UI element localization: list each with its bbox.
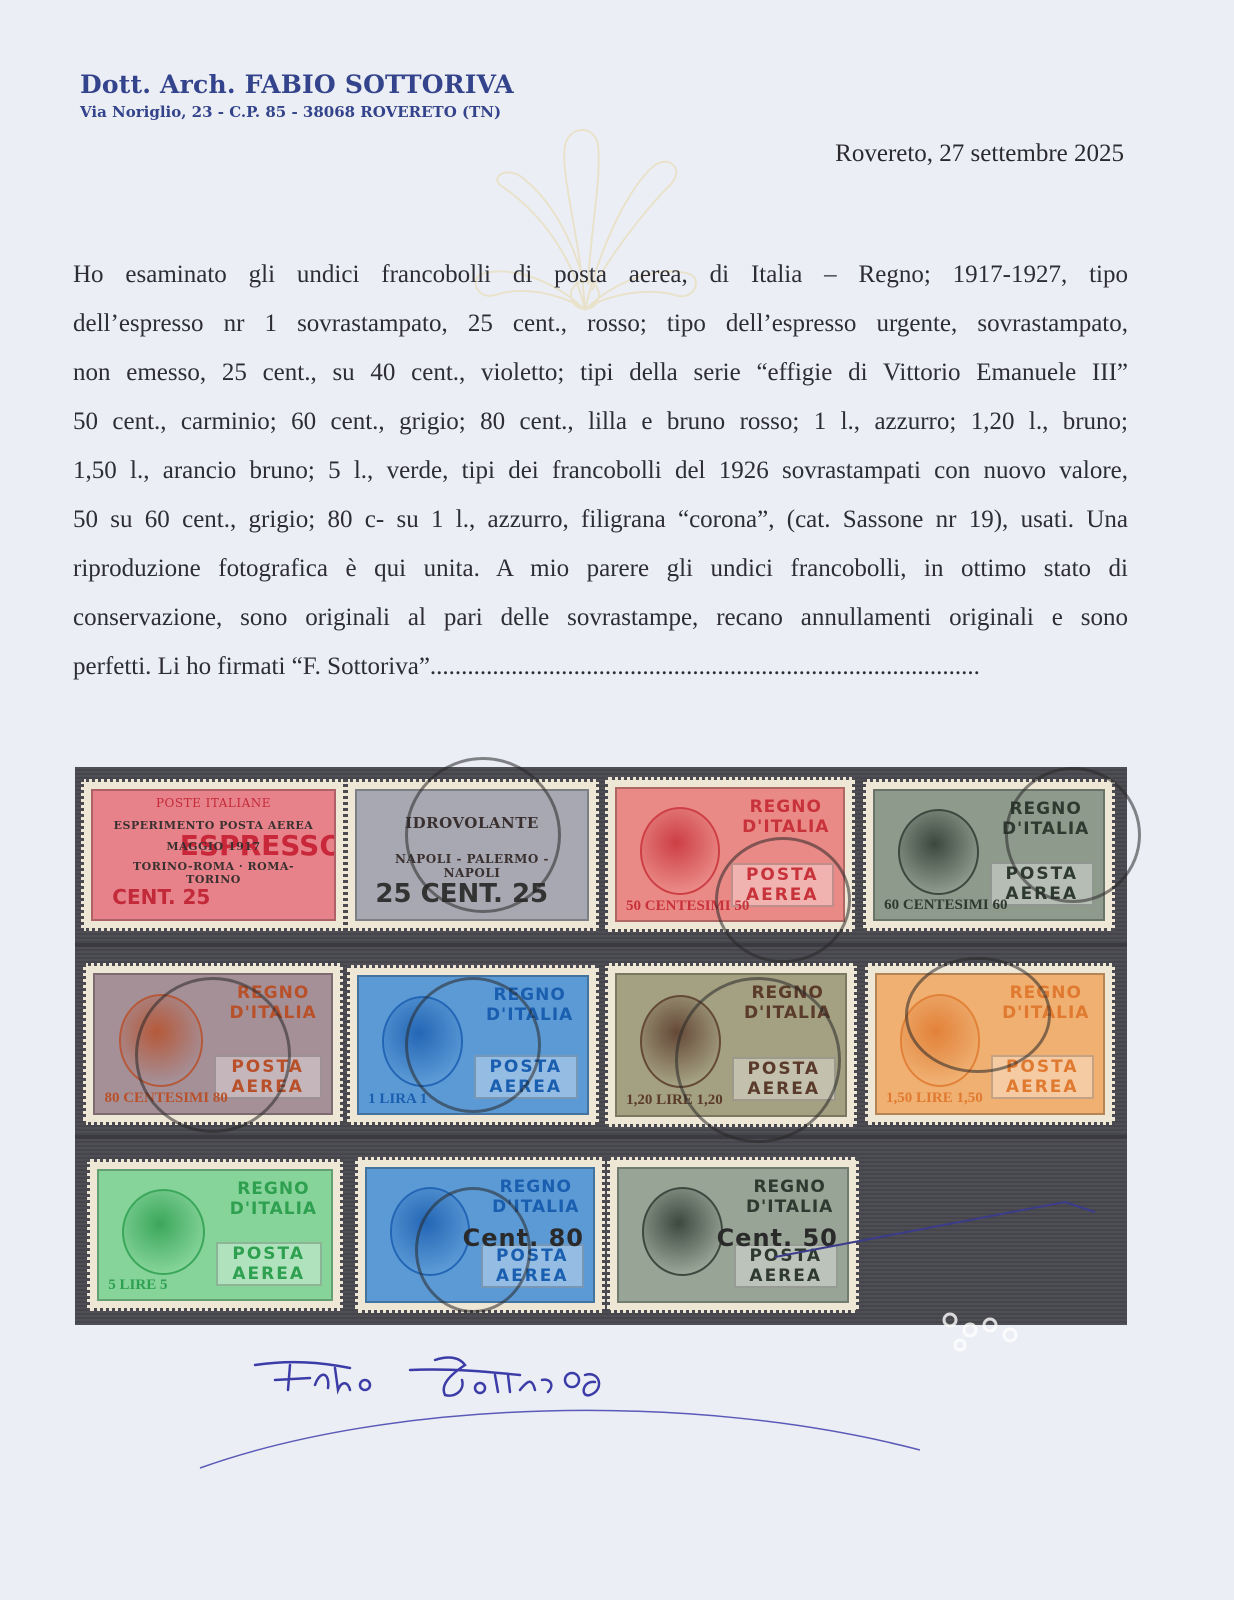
stamp-header: REGNOD'ITALIA xyxy=(1002,983,1089,1023)
embossed-seal-icon xyxy=(920,1300,1040,1360)
stamp-value: 1 LIRA 1 xyxy=(368,1091,427,1108)
stamp-header: REGNOD'ITALIA xyxy=(486,985,573,1025)
body-line: Ho esaminato gli undici francobolli di p… xyxy=(73,250,1128,299)
stamp-header: REGNOD'ITALIA xyxy=(492,1177,579,1217)
stamp-header: REGNOD'ITALIA xyxy=(1002,799,1089,839)
stamp-header: REGNOD'ITALIA xyxy=(744,983,831,1023)
stamp-overprint: MAGGIO 1917 xyxy=(107,840,319,853)
stamp-posta-aerea-80c-su-1l: REGNOD'ITALIAPOSTAAEREACent. 80 xyxy=(355,1157,605,1313)
stamp-overprint: TORINO-ROMA · ROMA-TORINO xyxy=(107,860,319,886)
stamp-face: REGNOD'ITALIAPOSTAAEREA1,50 LIRE 1,50 xyxy=(875,973,1105,1115)
stamp-value: 1,50 LIRE 1,50 xyxy=(886,1090,983,1107)
stamp-value: 1,20 LIRE 1,20 xyxy=(626,1092,723,1109)
stamp-value: 25 CENT. 25 xyxy=(375,879,548,909)
stamp-label: POSTAAEREA xyxy=(474,1055,578,1099)
stamp-espresso-25: POSTE ITALIANEESPRESSOESPERIMENTO POSTA … xyxy=(81,779,346,931)
stamp-face: REGNOD'ITALIAPOSTAAEREACent. 80 xyxy=(365,1167,595,1303)
stamp-value: 80 CENTESIMI 80 xyxy=(104,1090,227,1107)
body-line: riproduzione fotografica è qui unita. A … xyxy=(73,544,1128,593)
portrait-icon xyxy=(382,996,464,1087)
stamp-header: REGNOD'ITALIA xyxy=(742,797,829,837)
date-line: Rovereto, 27 settembre 2025 xyxy=(835,140,1124,168)
portrait-icon xyxy=(642,1187,724,1275)
body-line: dell’espresso nr 1 sovrastampato, 25 cen… xyxy=(73,299,1128,348)
stamp-label: POSTAAEREA xyxy=(216,1242,322,1286)
stamp-label: POSTAAEREA xyxy=(991,1055,1094,1099)
stamp-face: POSTE ITALIANEESPRESSOESPERIMENTO POSTA … xyxy=(91,789,336,921)
stamp-face: REGNOD'ITALIAPOSTAAEREA1,20 LIRE 1,20 xyxy=(615,973,847,1117)
stamp-label: POSTAAEREA xyxy=(732,1057,836,1101)
portrait-icon xyxy=(122,1189,205,1275)
stamp-value: 5 LIRE 5 xyxy=(108,1277,167,1294)
stockcard-strip xyxy=(75,1135,1127,1139)
portrait-icon xyxy=(119,994,203,1086)
stamp-posta-aerea-1l: REGNOD'ITALIAPOSTAAEREA1 LIRA 1 xyxy=(347,965,599,1125)
body-line: 50 su 60 cent., grigio; 80 c- su 1 l., a… xyxy=(73,495,1128,544)
portrait-icon xyxy=(390,1187,471,1275)
stockcard-strip xyxy=(75,943,1127,947)
portrait-icon xyxy=(898,809,980,895)
stamp-header: POSTE ITALIANE xyxy=(107,796,319,810)
stamp-posta-aerea-60c: REGNOD'ITALIAPOSTAAEREA60 CENTESIMI 60 xyxy=(863,779,1115,931)
portrait-icon xyxy=(640,995,722,1089)
stamp-face: REGNOD'ITALIAPOSTAAEREA60 CENTESIMI 60 xyxy=(873,789,1105,921)
stamp-face: REGNOD'ITALIAPOSTAAEREA1 LIRA 1 xyxy=(357,975,589,1115)
letterhead-name: Dott. Arch. FABIO SOTTORIVA xyxy=(80,70,514,99)
stamp-header: REGNOD'ITALIA xyxy=(229,983,316,1023)
stamp-posta-aerea-1-50l: REGNOD'ITALIAPOSTAAEREA1,50 LIRE 1,50 xyxy=(865,963,1115,1125)
stamp-label: POSTAAEREA xyxy=(214,1055,322,1099)
stamp-posta-aerea-1-20l: REGNOD'ITALIAPOSTAAEREA1,20 LIRE 1,20 xyxy=(605,963,857,1127)
portrait-icon xyxy=(900,994,981,1086)
stamp-face: REGNOD'ITALIAPOSTAAEREA5 LIRE 5 xyxy=(97,1169,333,1301)
certificate-body: Ho esaminato gli undici francobolli di p… xyxy=(73,250,1128,691)
stamp-value: CENT. 25 xyxy=(112,885,210,909)
stamp-header: REGNOD'ITALIA xyxy=(230,1179,317,1219)
stamp-surcharge: Cent. 80 xyxy=(463,1224,584,1252)
stamp-face: REGNOD'ITALIAPOSTAAEREA50 CENTESIMI 50 xyxy=(615,787,845,922)
stamp-posta-aerea-50c: REGNOD'ITALIAPOSTAAEREA50 CENTESIMI 50 xyxy=(605,777,855,932)
stamp-overprint: NAPOLI - PALERMO - NAPOLI xyxy=(371,852,573,880)
pen-stroke-icon xyxy=(775,1187,1115,1267)
stamp-face: IDROVOLANTENAPOLI - PALERMO - NAPOLI25 C… xyxy=(355,789,589,921)
stamp-face: REGNOD'ITALIAPOSTAAEREA80 CENTESIMI 80 xyxy=(93,973,333,1115)
letterhead-address: Via Noriglio, 23 - C.P. 85 - 38068 ROVER… xyxy=(80,103,514,121)
portrait-icon xyxy=(640,807,721,895)
stamp-idrovolante-25: IDROVOLANTENAPOLI - PALERMO - NAPOLI25 C… xyxy=(345,779,599,931)
stamp-posta-aerea-80c: REGNOD'ITALIAPOSTAAEREA80 CENTESIMI 80 xyxy=(83,963,343,1125)
stamp-overprint: ESPERIMENTO POSTA AEREA xyxy=(107,819,319,832)
stamp-posta-aerea-5l: REGNOD'ITALIAPOSTAAEREA5 LIRE 5 xyxy=(87,1159,343,1311)
body-line: 50 cent., carminio; 60 cent., grigio; 80… xyxy=(73,397,1128,446)
stamp-photo-stockcard: POSTE ITALIANEESPRESSOESPERIMENTO POSTA … xyxy=(75,767,1127,1325)
stamp-overprint: IDROVOLANTE xyxy=(371,814,573,832)
pen-curve-icon xyxy=(190,1380,930,1480)
body-line: 1,50 l., arancio bruno; 5 l., verde, tip… xyxy=(73,446,1128,495)
body-line: non emesso, 25 cent., su 40 cent., viole… xyxy=(73,348,1128,397)
stamp-value: 60 CENTESIMI 60 xyxy=(884,897,1007,914)
body-line: conservazione, sono originali al pari de… xyxy=(73,593,1128,642)
body-line-signed: perfetti. Li ho firmati “F. Sottoriva”..… xyxy=(73,642,1128,691)
letterhead: Dott. Arch. FABIO SOTTORIVA Via Noriglio… xyxy=(80,70,514,121)
stamp-value: 50 CENTESIMI 50 xyxy=(626,898,749,915)
